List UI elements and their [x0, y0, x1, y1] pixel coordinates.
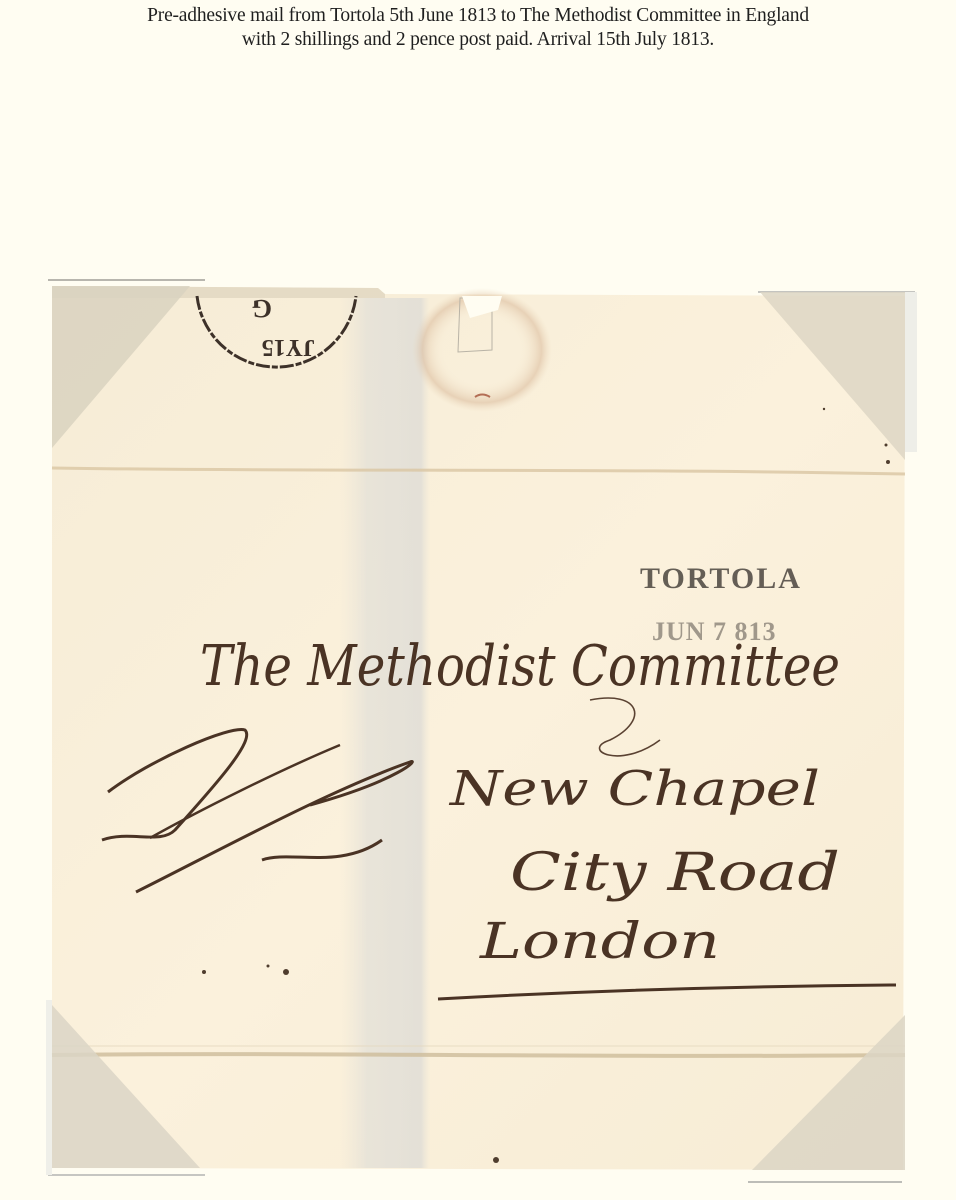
address-line-chapel: New Chapel [449, 761, 820, 817]
backstamp-date: JY15 [262, 334, 315, 360]
rate-text: 2/2 [0, 0, 2, 1]
entire-letter-cover: JY15 G TORTOLA JUN 7 813 2/2 The Methodi… [0, 0, 956, 1200]
letter-paper [52, 286, 905, 1170]
backstamp-letter: G [252, 294, 272, 323]
address-line-addressee: The Methodist Committee [200, 634, 840, 699]
address-line-street: City Road [510, 843, 840, 903]
handstamp-town: TORTOLA [640, 562, 802, 595]
wax-seal-remnant [412, 288, 552, 412]
address-line-city: London [479, 912, 720, 970]
